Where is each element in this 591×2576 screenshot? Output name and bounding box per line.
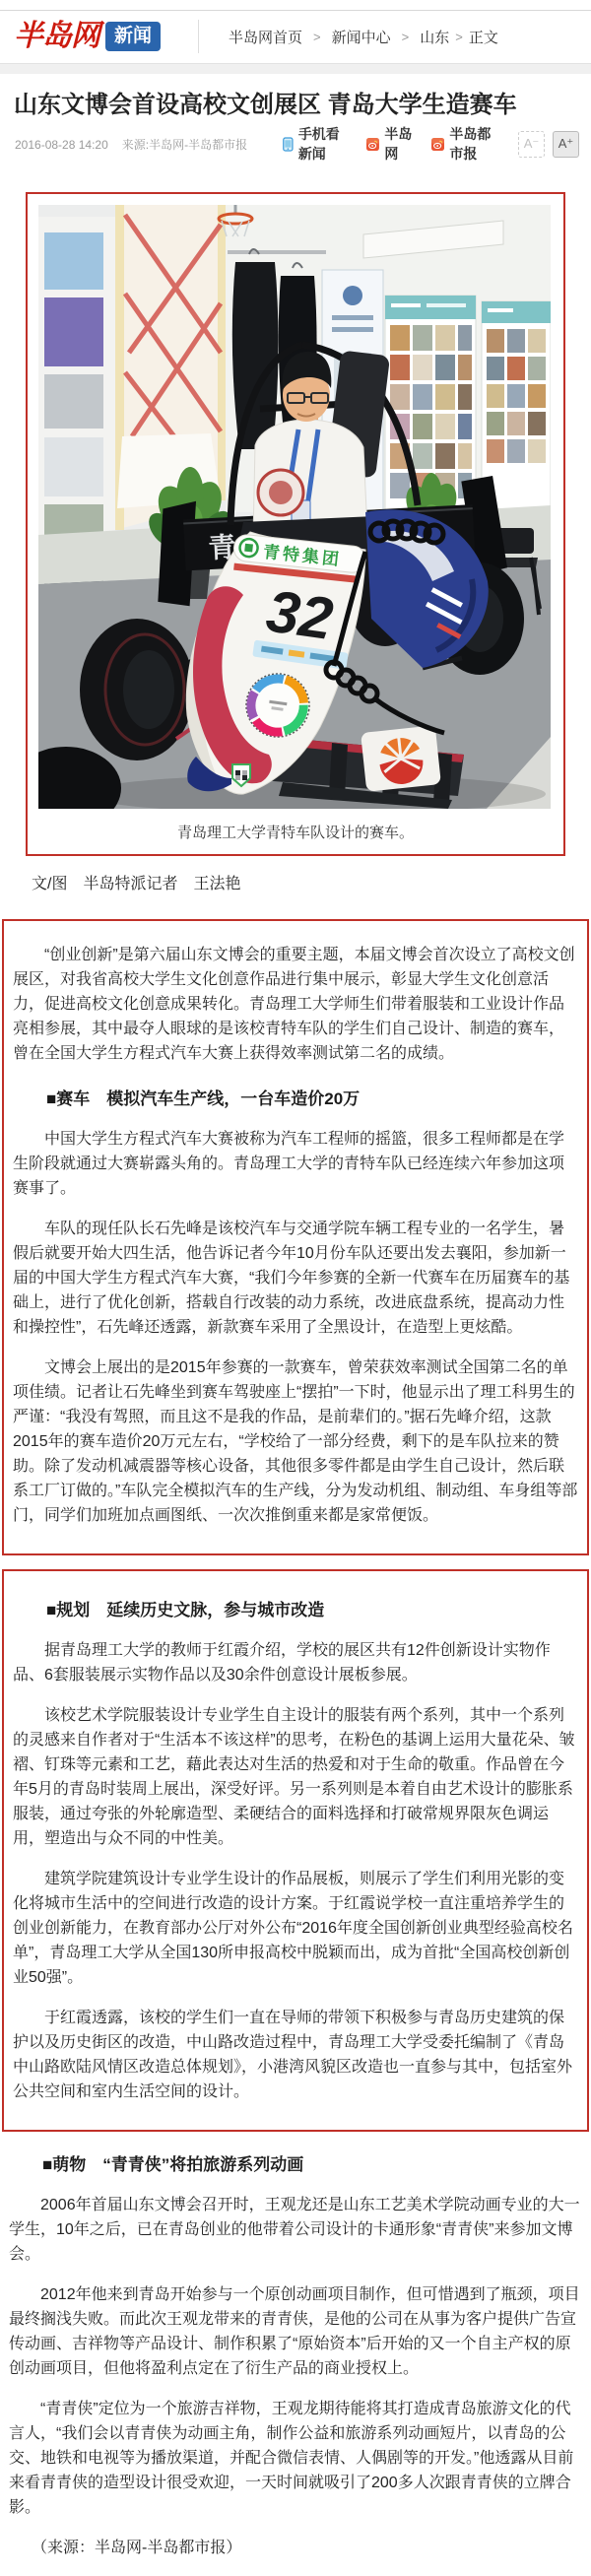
paragraph: 文博会上展出的是2015年参赛的一款赛车，曾荣获效率测试全国第二名的单项佳绩。记… [13,1355,578,1528]
news-article-page: 半岛网 新闻 半岛网首页 > 新闻中心 > 山东 > 正文 山东文博会首设高校文… [0,0,591,2576]
share-tools: 手机看新闻 半岛网 半岛都市报 [283,124,518,164]
breadcrumb-separator: > [455,30,463,44]
header-band [0,63,591,74]
mobile-news-label: 手机看新闻 [298,124,352,164]
article: 山东文博会首设高校文创展区 青岛大学生造赛车 2016-08-28 14:20来… [0,90,591,2560]
breadcrumb-current: 正文 [469,27,498,47]
breadcrumb-newscenter-link[interactable]: 新闻中心 [332,27,391,47]
page-title: 山东文博会首设高校文创展区 青岛大学生造赛车 [14,90,577,120]
breadcrumb-separator: > [402,30,410,44]
section-heading-planning: ■规划 延续历史文脉，参与城市改造 [13,1599,578,1622]
weibo-metropolis-button[interactable]: 半岛都市报 [431,124,502,164]
source-footer: （来源：半岛网-半岛都市报） [0,2536,591,2560]
photo-caption: 青岛理工大学青特车队设计的赛车。 [38,809,553,854]
news-channel-badge[interactable]: 新闻 [105,22,161,51]
race-number: 32 [263,578,337,653]
byline: 文/图 半岛特派记者 王法艳 [0,872,591,896]
section-box-planning: ■规划 延续历史文脉，参与城市改造 据青岛理工大学的教师于红霞介绍，学校的展区共… [2,1569,589,2132]
paragraph: 2006年首届山东文博会召开时，王观龙还是山东工艺美术学院动画专业的大一学生，1… [9,2193,582,2267]
petrochina-logo-mat [361,725,441,792]
paragraph: 建筑学院建筑设计专业学生设计的作品展板，则展示了学生们利用光影的变化将城市生活中… [13,1867,578,1990]
date-source: 2016-08-28 14:20来源:半岛网-半岛都市报 [15,136,247,153]
paragraph: “青青侠”定位为一个旅游吉祥物，王观龙期待能将其打造成青岛旅游文化的代言人，“我… [9,2397,582,2520]
site-logo[interactable]: 半岛网 新闻 [14,22,161,51]
paragraph: 该校艺术学院服装设计专业学生自主设计的服装有两个系列，其中一个系列的灵感来自作者… [13,1703,578,1851]
article-meta-row: 2016-08-28 14:20来源:半岛网-半岛都市报 手机看新闻 半岛网 半… [15,130,579,158]
section-heading-racecar: ■赛车 模拟汽车生产线，一台车造价20万 [13,1088,578,1111]
paragraph: 据青岛理工大学的教师于红霞介绍，学校的展区共有12件创新设计实物作品、6套服装展… [13,1638,578,1687]
paragraph: 2012年他来到青岛开始参与一个原创动画项目制作，但可惜遇到了瓶颈，项目最终搁浅… [9,2282,582,2381]
lead-paragraph: “创业创新”是第六届山东文博会的重要主题，本届文博会首次设立了高校文创展区，对我… [13,943,578,1066]
font-larger-button[interactable]: A⁺ [553,131,579,158]
breadcrumb-home-link[interactable]: 半岛网首页 [229,27,302,47]
section-mascot: ■萌物 “青青侠”将拍旅游系列动画 2006年首届山东文博会召开时，王观龙还是山… [9,2153,582,2520]
breadcrumb: 半岛网首页 > 新闻中心 > 山东 > 正文 [229,27,498,47]
weibo-bandao-button[interactable]: 半岛网 [366,124,416,164]
weibo-bandao-label: 半岛网 [384,124,416,164]
top-divider [0,0,591,11]
font-size-controls: A⁻ A⁺ [518,131,579,158]
paragraph: 于红霞透露，该校的学生们一直在导师的带领下积极参与青岛历史建筑的保护以及历史街区… [13,2006,578,2104]
publish-date: 2016-08-28 14:20 [15,138,108,152]
breadcrumb-shandong-link[interactable]: 山东 [420,27,449,47]
weibo-icon [431,136,444,153]
mobile-phone-icon [283,135,294,154]
mobile-news-button[interactable]: 手机看新闻 [283,124,351,164]
article-photo-box: 青岛理工大学 [26,192,565,856]
breadcrumb-separator: > [313,30,321,44]
weibo-metropolis-label: 半岛都市报 [449,124,502,164]
source-label: 来源:半岛网-半岛都市报 [122,138,247,152]
race-car-photo: 青岛理工大学 [38,205,551,809]
site-header: 半岛网 新闻 半岛网首页 > 新闻中心 > 山东 > 正文 [0,11,591,63]
header-divider [198,20,199,53]
paragraph: 中国大学生方程式汽车大赛被称为汽车工程师的摇篮，很多工程师都是在学生阶段就通过大… [13,1127,578,1201]
font-smaller-button[interactable]: A⁻ [518,131,545,158]
section-heading-mascot: ■萌物 “青青侠”将拍旅游系列动画 [9,2153,582,2177]
weibo-icon [366,136,379,153]
paragraph: 车队的现任队长石先峰是该校汽车与交通学院车辆工程专业的一名学生，暑假后就要开始大… [13,1217,578,1340]
bandao-logo-text[interactable]: 半岛网 [14,22,99,51]
section-box-racecar: “创业创新”是第六届山东文博会的重要主题，本届文博会首次设立了高校文创展区，对我… [2,919,589,1555]
